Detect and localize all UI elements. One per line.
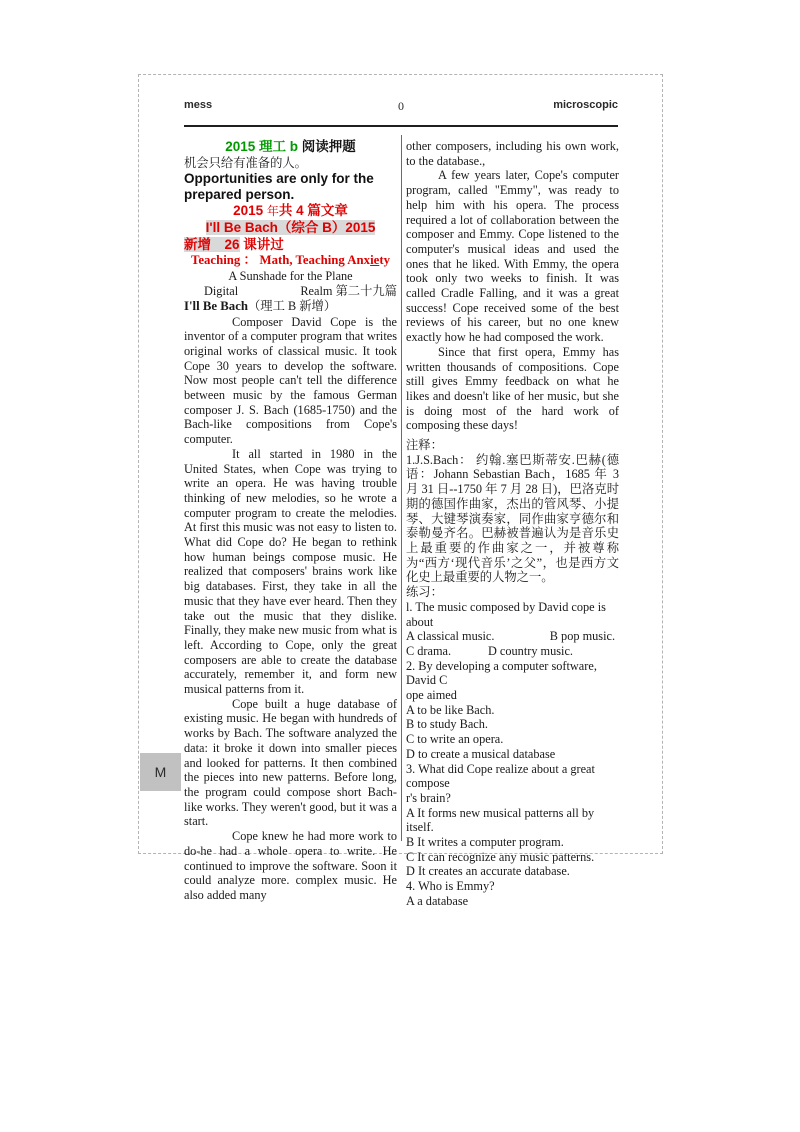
question-line: C to write an opera. (406, 732, 619, 747)
red-year-char: 年 (267, 204, 279, 218)
column-divider (401, 135, 402, 841)
teaching-text-post: ty (379, 253, 390, 267)
document-canvas: { "header": {"left": "mess", "center": "… (0, 0, 800, 1132)
question-line: r's brain? (406, 791, 619, 806)
question-line: A classical music. B pop music. (406, 629, 619, 644)
article-title-bold: I'll Be Bach (184, 299, 248, 313)
highlighted-title: I'll Be Bach（综合 B）2015 (206, 220, 376, 235)
question-line: C It can recognize any music patterns. (406, 850, 619, 865)
question-line: D to create a musical database (406, 747, 619, 762)
teaching-text-pre: Teaching ： Math, Teaching Anx (191, 253, 370, 267)
sunshade-line: A Sunshade for the Plane (184, 269, 397, 284)
continued-paragraph: other composers, including his own work,… (406, 139, 619, 168)
header-rule (184, 125, 618, 127)
question-line: B to study Bach. (406, 717, 619, 732)
left-column: 2015 理工 b 阅读押题 机会只给有准备的人。 Opportunities … (184, 139, 397, 903)
article-paragraph: A few years later, Cope's computer progr… (406, 168, 619, 344)
realm-label: Realm 第二十九篇 (300, 284, 397, 299)
right-column: other composers, including his own work,… (406, 139, 619, 909)
page-header: mess 0 microscopic (184, 99, 618, 115)
teaching-line: Teaching ： Math, Teaching Anxiety (184, 253, 397, 269)
question-line: 3. What did Cope realize about a great c… (406, 762, 619, 791)
red-rest-bold: 共 4 篇文章 (279, 203, 348, 218)
subtitle-english: Opportunities are only for the prepared … (184, 171, 397, 203)
question-line: A a database (406, 894, 619, 909)
green-title-part: 2015 理工 b (225, 139, 302, 154)
article-paragraph: Since that first opera, Emmy has written… (406, 345, 619, 433)
question-line: ope aimed (406, 688, 619, 703)
article-paragraph: Composer David Cope is the inventor of a… (184, 315, 397, 447)
question-line: 2. By developing a computer software, Da… (406, 659, 619, 688)
green-title-line: 2015 理工 b 阅读押题 (184, 139, 397, 156)
document-page: mess 0 microscopic M 2015 理工 b 阅读押题 机会只给… (138, 74, 663, 854)
article-body-left: Composer David Cope is the inventor of a… (184, 315, 397, 903)
article-title-line: I'll Be Bach（理工 B 新增） (184, 299, 397, 314)
red-year-line: 2015 年共 4 篇文章 (184, 203, 397, 220)
margin-comment-marker: M (140, 753, 181, 791)
question-line: A It forms new musical patterns all by i… (406, 806, 619, 835)
red-year-bold: 2015 (233, 203, 267, 218)
article-paragraph: It all started in 1980 in the United Sta… (184, 447, 397, 697)
teaching-text-underlined: ie (370, 253, 379, 267)
new-lecture-highlight: 新增 26 (184, 237, 240, 252)
subtitle-chinese: 机会只给有准备的人。 (184, 156, 397, 171)
digital-realm-line: Digital Realm 第二十九篇 (184, 284, 397, 299)
margin-marker-label: M (155, 764, 167, 780)
article-paragraph: Cope built a huge database of existing m… (184, 697, 397, 829)
new-lecture-line: 新增 26 课讲过 (184, 237, 397, 254)
article-paragraph: Cope knew he had more work to do-he had … (184, 829, 397, 903)
header-right-text: microscopic (553, 99, 618, 111)
practice-questions: l. The music composed by David cope is a… (406, 600, 619, 909)
black-title-part: 阅读押题 (302, 139, 356, 154)
new-lecture-rest: 课讲过 (240, 237, 284, 252)
question-line: C drama. D country music. (406, 644, 619, 659)
practice-label: 练习： (406, 585, 619, 600)
question-line: l. The music composed by David cope is a… (406, 600, 619, 629)
highlighted-title-line: I'll Be Bach（综合 B）2015 (184, 220, 397, 237)
article-title-rest: （理工 B 新增） (248, 299, 336, 313)
article-body-right: A few years later, Cope's computer progr… (406, 168, 619, 433)
digital-label: Digital (184, 284, 238, 299)
question-line: B It writes a computer program. (406, 835, 619, 850)
bach-annotation: 1.J.S.Bach： 约翰.塞巴斯蒂安.巴赫(德语：Johann Sebast… (406, 453, 619, 585)
question-line: A to be like Bach. (406, 703, 619, 718)
question-line: 4. Who is Emmy? (406, 879, 619, 894)
question-line: D It creates an accurate database. (406, 864, 619, 879)
notes-label: 注释： (406, 438, 619, 453)
